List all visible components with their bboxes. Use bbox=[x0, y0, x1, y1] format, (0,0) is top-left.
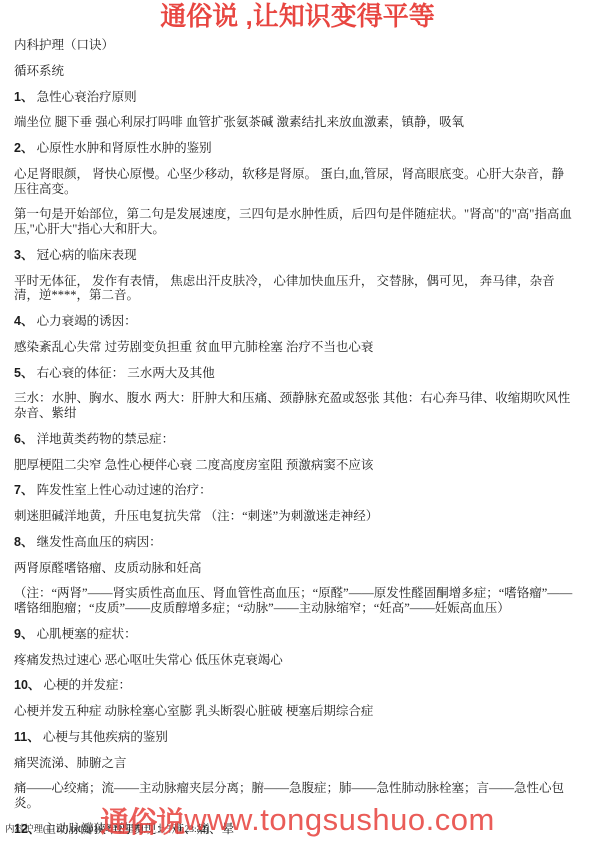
item-heading-text: 右心衰的体征： 三水两大及其他 bbox=[33, 366, 214, 380]
item-number: 11、 bbox=[14, 730, 40, 744]
site-watermark: 通俗说www.tongsushuo.com bbox=[100, 800, 495, 841]
item-heading-text: 心力衰竭的诱因： bbox=[33, 314, 136, 328]
item-heading: 4、 心力衰竭的诱因： bbox=[14, 314, 575, 329]
item-heading: 8、 继发性高血压的病因： bbox=[14, 535, 575, 550]
item-heading: 9、 心肌梗塞的症状： bbox=[14, 627, 575, 642]
item-paragraph: 感染紊乱心失常 过劳剧变负担重 贫血甲亢肺栓塞 治疗不当也心衰 bbox=[14, 340, 575, 355]
document-body: 内科护理（口诀） 循环系统 1、 急性心衰治疗原则端坐位 腿下垂 强心利尿打吗啡… bbox=[0, 31, 595, 837]
item-heading-text: 急性心衰治疗原则 bbox=[33, 90, 136, 104]
item-heading: 11、 心梗与其他疾病的鉴别 bbox=[14, 730, 575, 745]
item-number: 7、 bbox=[14, 483, 33, 497]
item-number: 6、 bbox=[14, 432, 33, 446]
item-paragraph: 心梗并发五种症 动脉栓塞心室膨 乳头断裂心脏破 梗塞后期综合症 bbox=[14, 704, 575, 719]
item-number: 8、 bbox=[14, 535, 33, 549]
item-paragraph: 肥厚梗阻二尖窄 急性心梗伴心衰 二度高度房室阻 预激病窦不应该 bbox=[14, 458, 575, 473]
item-paragraph: （注：“两肾”——肾实质性高血压、肾血管性高血压；“原醛”——原发性醛固酮增多症… bbox=[14, 586, 575, 616]
item-number: 1、 bbox=[14, 90, 33, 104]
item-number: 9、 bbox=[14, 627, 33, 641]
watermark-sitename: 通俗说 bbox=[100, 807, 184, 839]
item-paragraph: 第一句是开始部位，第二句是发展速度，三四句是水肿性质，后四句是伴随症状。"肾高"… bbox=[14, 207, 575, 237]
item-heading-text: 心原性水肿和肾原性水肿的鉴别 bbox=[33, 141, 211, 155]
item-heading-text: 心梗与其他疾病的鉴别 bbox=[40, 730, 168, 744]
item-heading-text: 阵发性室上性心动过速的治疗： bbox=[33, 483, 211, 497]
item-heading: 1、 急性心衰治疗原则 bbox=[14, 90, 575, 105]
item-paragraph: 心足肾眼颜， 肾快心原慢。心坚少移动，软移是肾原。 蛋白,血,管尿，肾高眼底变。… bbox=[14, 167, 575, 197]
item-heading: 6、 洋地黄类药物的禁忌症： bbox=[14, 432, 575, 447]
mnemonic-item-list: 1、 急性心衰治疗原则端坐位 腿下垂 强心利尿打吗啡 血管扩张氨茶碱 激素结扎来… bbox=[14, 90, 575, 837]
item-number: 4、 bbox=[14, 314, 33, 328]
document-page: 通俗说 ,让知识变得平等 内科护理（口诀） 循环系统 1、 急性心衰治疗原则端坐… bbox=[0, 0, 595, 842]
item-number: 3、 bbox=[14, 248, 33, 262]
doc-title: 内科护理（口诀） bbox=[14, 38, 575, 53]
item-paragraph: 刺迷胆碱洋地黄，升压电复抗失常 （注：“刺迷”为刺激迷走神经） bbox=[14, 509, 575, 524]
watermark-domain: www.tongsushuo.com bbox=[184, 802, 495, 837]
item-number: 2、 bbox=[14, 141, 33, 155]
item-heading: 10、 心梗的并发症： bbox=[14, 678, 575, 693]
item-paragraph: 平时无体征， 发作有表情， 焦虑出汗皮肤冷， 心律加快血压升， 交替脉，偶可见，… bbox=[14, 274, 575, 304]
item-paragraph: 痛哭流涕、肺腑之言 bbox=[14, 756, 575, 771]
item-number: 5、 bbox=[14, 366, 33, 380]
item-heading-text: 心肌梗塞的症状： bbox=[33, 627, 136, 641]
item-heading-text: 心梗的并发症： bbox=[40, 678, 131, 692]
doc-section-heading: 循环系统 bbox=[14, 64, 575, 79]
site-banner-title: 通俗说 ,让知识变得平等 bbox=[0, 1, 595, 31]
item-heading: 3、 冠心病的临床表现 bbox=[14, 248, 575, 263]
item-heading: 7、 阵发性室上性心动过速的治疗： bbox=[14, 483, 575, 498]
item-heading: 5、 右心衰的体征： 三水两大及其他 bbox=[14, 366, 575, 381]
item-heading-text: 继发性高血压的病因： bbox=[33, 535, 161, 549]
item-paragraph: 两肾原醛嗜铬瘤、皮质动脉和妊高 bbox=[14, 561, 575, 576]
item-paragraph: 端坐位 腿下垂 强心利尿打吗啡 血管扩张氨茶碱 激素结扎来放血激素，镇静，吸氧 bbox=[14, 115, 575, 130]
item-paragraph: 疼痛发热过速心 恶心呕吐失常心 低压休克衰竭心 bbox=[14, 653, 575, 668]
item-heading: 2、 心原性水肿和肾原性水肿的鉴别 bbox=[14, 141, 575, 156]
item-number: 10、 bbox=[14, 678, 40, 692]
item-paragraph: 三水：水肿、胸水、腹水 两大：肝肿大和压痛、颈静脉充盈或怒张 其他：右心奔马律、… bbox=[14, 391, 575, 421]
item-heading-text: 冠心病的临床表现 bbox=[33, 248, 136, 262]
item-heading-text: 洋地黄类药物的禁忌症： bbox=[33, 432, 174, 446]
